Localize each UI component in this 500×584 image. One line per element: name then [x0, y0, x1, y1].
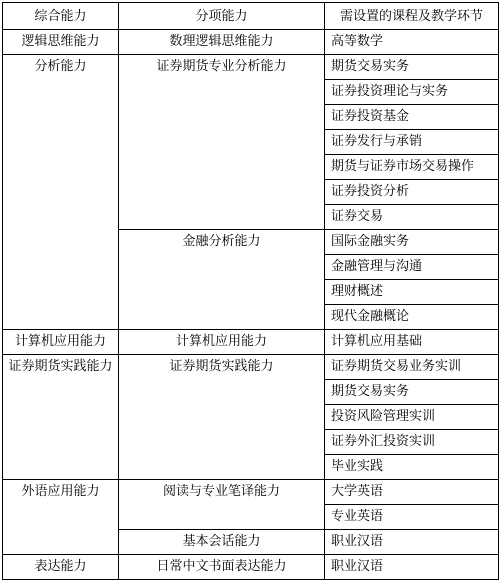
table-row: 计算机应用能力计算机应用能力计算机应用基础 — [3, 330, 499, 355]
course-cell: 期货交易实务 — [325, 380, 499, 405]
sub-ability-cell: 证券期货实践能力 — [119, 355, 325, 480]
sub-ability-cell: 基本会话能力 — [119, 530, 325, 555]
course-cell: 高等数学 — [325, 30, 499, 55]
course-cell: 证券发行与承销 — [325, 130, 499, 155]
table-body: 逻辑思维能力数理逻辑思维能力高等数学分析能力证券期货专业分析能力期货交易实务证券… — [3, 30, 499, 580]
column-header-sub-ability: 分项能力 — [119, 3, 325, 30]
sub-ability-cell: 阅读与专业笔译能力 — [119, 480, 325, 530]
course-cell: 国际金融实务 — [325, 230, 499, 255]
course-cell: 期货交易实务 — [325, 55, 499, 80]
course-cell: 证券投资分析 — [325, 180, 499, 205]
sub-ability-cell: 数理逻辑思维能力 — [119, 30, 325, 55]
course-cell: 证券期货交易业务实训 — [325, 355, 499, 380]
course-cell: 证券交易 — [325, 205, 499, 230]
sub-ability-cell: 日常中文书面表达能力 — [119, 555, 325, 580]
course-cell: 期货与证券市场交易操作 — [325, 155, 499, 180]
curriculum-table: 综合能力 分项能力 需设置的课程及教学环节 逻辑思维能力数理逻辑思维能力高等数学… — [2, 2, 499, 580]
column-header-overall-ability: 综合能力 — [3, 3, 119, 30]
table-row: 证券期货实践能力证券期货实践能力证券期货交易业务实训 — [3, 355, 499, 380]
course-cell: 大学英语 — [325, 480, 499, 505]
course-cell: 职业汉语 — [325, 530, 499, 555]
course-cell: 职业汉语 — [325, 555, 499, 580]
course-cell: 毕业实践 — [325, 455, 499, 480]
course-cell: 理财概述 — [325, 280, 499, 305]
table-header-row: 综合能力 分项能力 需设置的课程及教学环节 — [3, 3, 499, 30]
sub-ability-cell: 计算机应用能力 — [119, 330, 325, 355]
course-cell: 投资风险管理实训 — [325, 405, 499, 430]
ability-cell: 证券期货实践能力 — [3, 355, 119, 480]
sub-ability-cell: 金融分析能力 — [119, 230, 325, 330]
table-row: 表达能力日常中文书面表达能力职业汉语 — [3, 555, 499, 580]
ability-cell: 计算机应用能力 — [3, 330, 119, 355]
column-header-courses: 需设置的课程及教学环节 — [325, 3, 499, 30]
course-cell: 证券外汇投资实训 — [325, 430, 499, 455]
course-cell: 证券投资基金 — [325, 105, 499, 130]
ability-cell: 逻辑思维能力 — [3, 30, 119, 55]
table-row: 分析能力证券期货专业分析能力期货交易实务 — [3, 55, 499, 80]
course-cell: 专业英语 — [325, 505, 499, 530]
ability-cell: 外语应用能力 — [3, 480, 119, 555]
course-cell: 金融管理与沟通 — [325, 255, 499, 280]
course-cell: 计算机应用基础 — [325, 330, 499, 355]
ability-cell: 分析能力 — [3, 55, 119, 330]
document-page: 综合能力 分项能力 需设置的课程及教学环节 逻辑思维能力数理逻辑思维能力高等数学… — [0, 0, 500, 584]
course-cell: 证券投资理论与实务 — [325, 80, 499, 105]
table-row: 外语应用能力阅读与专业笔译能力大学英语 — [3, 480, 499, 505]
sub-ability-cell: 证券期货专业分析能力 — [119, 55, 325, 230]
ability-cell: 表达能力 — [3, 555, 119, 580]
course-cell: 现代金融概论 — [325, 305, 499, 330]
table-row: 逻辑思维能力数理逻辑思维能力高等数学 — [3, 30, 499, 55]
